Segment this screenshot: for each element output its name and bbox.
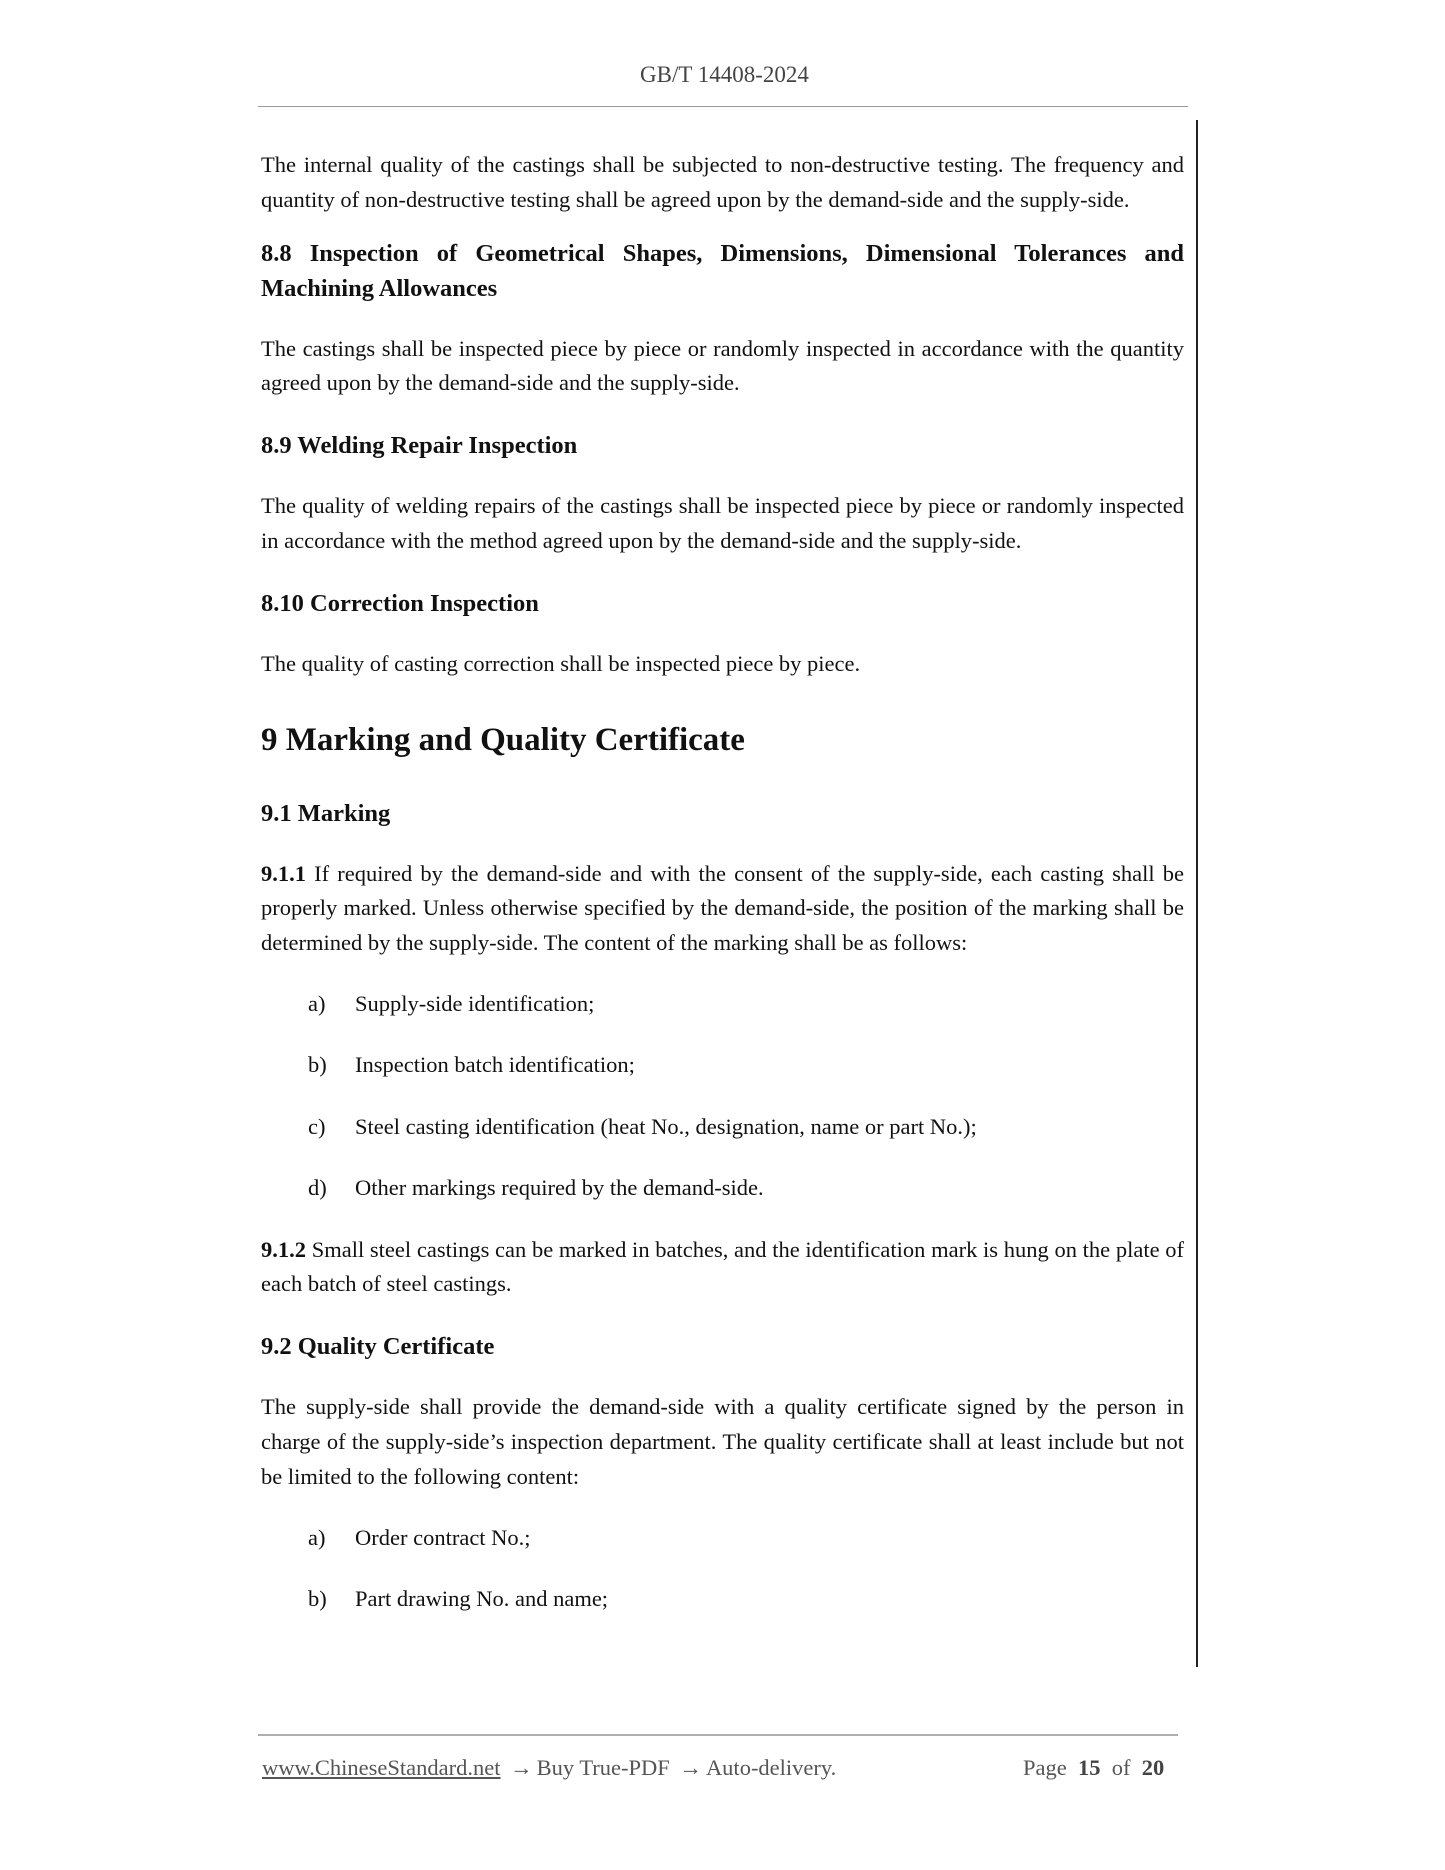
delivery-text: Auto-delivery. <box>706 1755 836 1780</box>
section-8-8-heading: 8.8 Inspection of Geometrical Shapes, Di… <box>261 236 1184 306</box>
clause-number: 9.1.1 <box>261 861 306 886</box>
arrow-right-icon: → <box>679 1752 702 1784</box>
list-label: a) <box>308 1521 325 1556</box>
section-8-9-text: The quality of welding repairs of the ca… <box>261 489 1184 559</box>
page-label: Page <box>1023 1755 1067 1780</box>
standard-number: GB/T 14408-2024 <box>640 62 809 87</box>
list-item: a)Order contract No.; <box>261 1521 1184 1556</box>
section-9-1-heading: 9.1 Marking <box>261 796 1184 831</box>
section-9-2-text: The supply-side shall provide the demand… <box>261 1390 1184 1494</box>
list-text: Part drawing No. and name; <box>355 1586 608 1611</box>
clause-text: Small steel castings can be marked in ba… <box>261 1237 1184 1297</box>
section-9-2-heading: 9.2 Quality Certificate <box>261 1329 1184 1364</box>
website-link[interactable]: www.ChineseStandard.net <box>262 1755 501 1780</box>
list-text: Order contract No.; <box>355 1525 531 1550</box>
clause-9-1-1: 9.1.1 If required by the demand-side and… <box>261 857 1184 961</box>
clause-9-1-2: 9.1.2 Small steel castings can be marked… <box>261 1233 1184 1303</box>
list-text: Other markings required by the demand-si… <box>355 1175 764 1200</box>
clause-number: 9.1.2 <box>261 1237 306 1262</box>
list-item: b)Part drawing No. and name; <box>261 1582 1184 1617</box>
marking-list: a)Supply-side identification; b)Inspecti… <box>261 987 1184 1206</box>
list-label: d) <box>308 1171 327 1206</box>
chapter-9-heading: 9 Marking and Quality Certificate <box>261 720 1184 760</box>
footer-promo: www.ChineseStandard.net →Buy True-PDF →A… <box>262 1752 836 1784</box>
section-8-10-heading: 8.10 Correction Inspection <box>261 586 1184 621</box>
footer-divider <box>258 1734 1178 1736</box>
document-header-title: GB/T 14408-2024 <box>0 60 1445 90</box>
list-label: b) <box>308 1048 327 1083</box>
buy-text: Buy True-PDF <box>537 1755 670 1780</box>
list-label: a) <box>308 987 325 1022</box>
intro-paragraph: The internal quality of the castings sha… <box>261 148 1184 218</box>
page-of: of <box>1112 1755 1131 1780</box>
list-item: b)Inspection batch identification; <box>261 1048 1184 1083</box>
side-border <box>1196 120 1198 1667</box>
page-indicator: Page 15 of 20 <box>1023 1752 1164 1784</box>
list-text: Inspection batch identification; <box>355 1052 635 1077</box>
certificate-list: a)Order contract No.; b)Part drawing No.… <box>261 1521 1184 1617</box>
clause-text: If required by the demand-side and with … <box>261 861 1184 956</box>
page-current: 15 <box>1078 1755 1101 1780</box>
list-label: c) <box>308 1110 325 1145</box>
list-item: c)Steel casting identification (heat No.… <box>261 1110 1184 1145</box>
page-content: The internal quality of the castings sha… <box>261 148 1184 1617</box>
list-item: d)Other markings required by the demand-… <box>261 1171 1184 1206</box>
section-8-8-text: The castings shall be inspected piece by… <box>261 332 1184 402</box>
list-item: a)Supply-side identification; <box>261 987 1184 1022</box>
section-8-10-text: The quality of casting correction shall … <box>261 647 1184 682</box>
list-label: b) <box>308 1582 327 1617</box>
arrow-right-icon: → <box>510 1752 533 1784</box>
page-total: 20 <box>1142 1755 1165 1780</box>
list-text: Supply-side identification; <box>355 991 594 1016</box>
section-8-9-heading: 8.9 Welding Repair Inspection <box>261 428 1184 463</box>
header-divider <box>258 106 1188 107</box>
list-text: Steel casting identification (heat No., … <box>355 1114 977 1139</box>
